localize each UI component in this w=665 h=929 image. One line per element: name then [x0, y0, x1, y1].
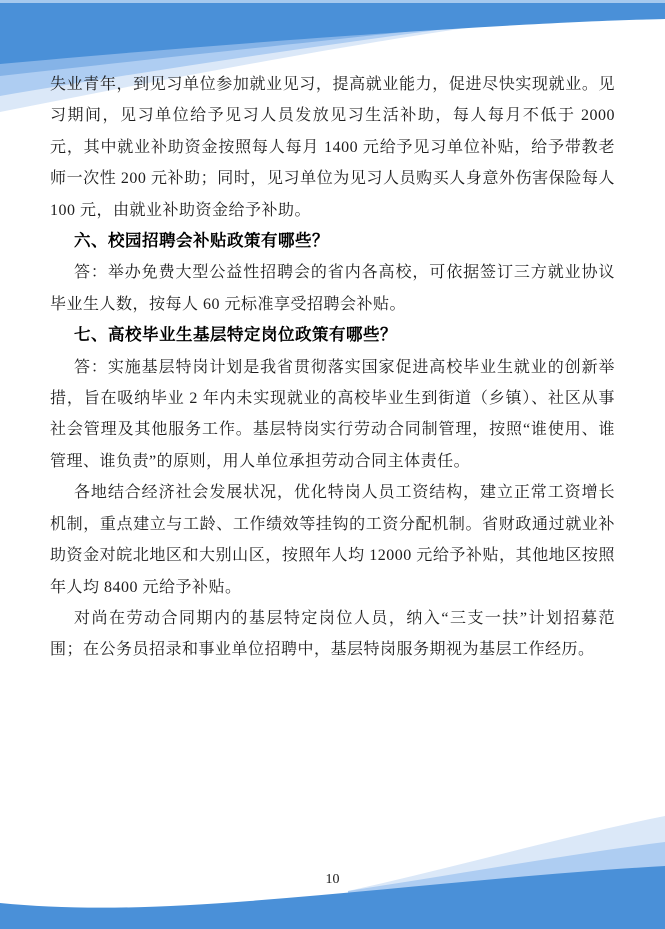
paragraph-answer-7b: 各地结合经济社会发展状况，优化特岗人员工资结构，建立正常工资增长机制，重点建立与…	[50, 477, 615, 603]
paragraph-intro-continuation: 失业青年，到见习单位参加就业见习，提高就业能力，促进尽快实现就业。见习期间，见习…	[50, 69, 615, 226]
section-heading-7: 七、高校毕业生基层特定岗位政策有哪些？	[50, 320, 615, 351]
page-number: 10	[0, 872, 665, 888]
paragraph-answer-6: 答：举办免费大型公益性招聘会的省内各高校，可依据签订三方就业协议毕业生人数，按每…	[50, 257, 615, 320]
paragraph-answer-7a: 答：实施基层特岗计划是我省贯彻落实国家促进高校毕业生就业的创新举措，旨在吸纳毕业…	[50, 352, 615, 478]
document-page: 失业青年，到见习单位参加就业见习，提高就业能力，促进尽快实现就业。见习期间，见习…	[0, 0, 665, 929]
footer-decoration	[0, 784, 665, 929]
paragraph-answer-7c: 对尚在劳动合同期内的基层特定岗位人员，纳入“三支一扶”计划招募范围；在公务员招录…	[50, 603, 615, 666]
document-body: 失业青年，到见习单位参加就业见习，提高就业能力，促进尽快实现就业。见习期间，见习…	[50, 69, 615, 666]
header-wave-main	[0, 3, 665, 64]
section-heading-6: 六、校园招聘会补贴政策有哪些？	[50, 226, 615, 257]
